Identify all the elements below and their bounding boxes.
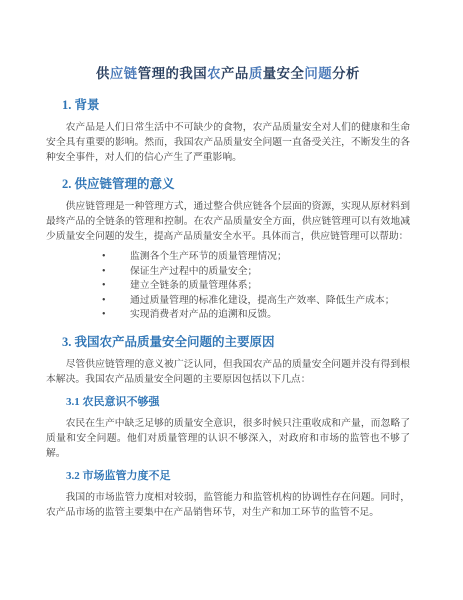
- section-scm-significance: 2. 供应链管理的意义 供应链管理是一种管理方式，通过整合供应链各个层面的资源，…: [46, 176, 410, 323]
- subsection-market-supervision: 3.2 市场监管力度不足 我国的市场监管力度相对较弱，监管能力和监管机构的协调性…: [46, 469, 410, 520]
- subsection-3-1-paragraph: 农民在生产中缺乏足够的质量安全意识，很多时候只注重收成和产量，而忽略了质量和安全…: [46, 416, 410, 461]
- section-main-causes: 3. 我国农产品质量安全问题的主要原因 尽管供应链管理的意义被广泛认同，但我国农…: [46, 334, 410, 520]
- list-item: 实现消费者对产品的追溯和反馈。: [102, 308, 410, 323]
- section-2-heading: 2. 供应链管理的意义: [62, 176, 410, 193]
- document-page: 供应链管理的我国农产品质量安全问题分析 1. 背景 农产品是人们日常生活中不可缺…: [46, 62, 410, 526]
- list-item: 监测各个生产环节的质量管理情况；: [102, 250, 410, 265]
- subsection-3-2-paragraph: 我国的市场监管力度相对较弱，监管能力和监管机构的协调性存在问题。同时，农产品市场…: [46, 490, 410, 520]
- scm-benefits-list: 监测各个生产环节的质量管理情况； 保证生产过程中的质量安全； 建立全链条的质量管…: [46, 250, 410, 323]
- section-3-heading: 3. 我国农产品质量安全问题的主要原因: [62, 334, 410, 351]
- list-item: 保证生产过程中的质量安全；: [102, 265, 410, 280]
- section-background: 1. 背景 农产品是人们日常生活中不可缺少的食物，农产品质量安全对人们的健康和生…: [46, 97, 410, 165]
- list-item: 通过质量管理的标准化建设，提高生产效率、降低生产成本；: [102, 294, 410, 309]
- subsection-3-2-heading: 3.2 市场监管力度不足: [66, 469, 410, 484]
- subsection-3-1-heading: 3.1 农民意识不够强: [66, 395, 410, 410]
- section-1-paragraph: 农产品是人们日常生活中不可缺少的食物，农产品质量安全对人们的健康和生命安全具有重…: [46, 120, 410, 165]
- section-3-paragraph: 尽管供应链管理的意义被广泛认同，但我国农产品的质量安全问题并没有得到根本解决。我…: [46, 357, 410, 387]
- section-2-paragraph: 供应链管理是一种管理方式，通过整合供应链各个层面的资源，实现从原材料到最终产品的…: [46, 199, 410, 244]
- subsection-farmer-awareness: 3.1 农民意识不够强 农民在生产中缺乏足够的质量安全意识，很多时候只注重收成和…: [46, 395, 410, 461]
- section-1-heading: 1. 背景: [62, 97, 410, 114]
- list-item: 建立全链条的质量管理体系；: [102, 279, 410, 294]
- document-title: 供应链管理的我国农产品质量安全问题分析: [46, 62, 410, 86]
